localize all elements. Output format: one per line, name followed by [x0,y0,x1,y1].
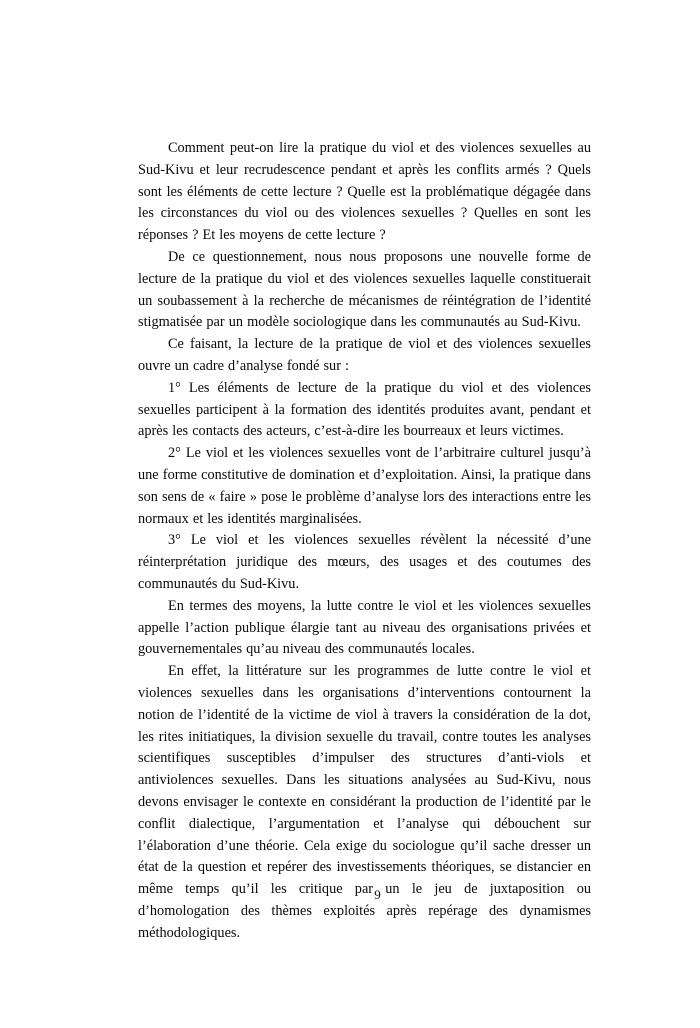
paragraph-point-2: 2° Le viol et les violences sexuelles vo… [138,443,591,530]
paragraph-moyens: En termes des moyens, la lutte contre le… [138,596,591,661]
text-block: Comment peut-on lire la pratique du viol… [138,138,591,944]
page-number: 9 [138,886,591,904]
document-page: Comment peut-on lire la pratique du viol… [0,0,700,1028]
paragraph-cadre-analyse: Ce faisant, la lecture de la pratique de… [138,334,591,378]
paragraph-questionnement: De ce questionnement, nous nous proposon… [138,247,591,334]
paragraph-questions: Comment peut-on lire la pratique du viol… [138,138,591,247]
paragraph-point-1: 1° Les éléments de lecture de la pratiqu… [138,378,591,443]
paragraph-point-3: 3° Le viol et les violences sexuelles ré… [138,530,591,595]
